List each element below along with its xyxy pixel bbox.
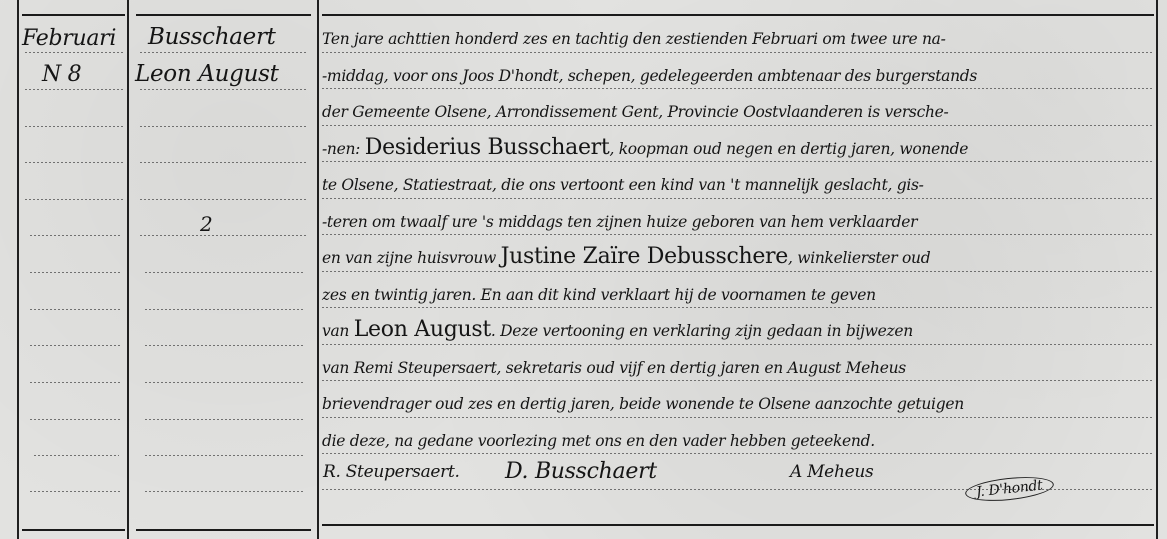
act-line: van Leon August. Deze vertooning en verk… — [322, 317, 913, 342]
top-rule-col1 — [22, 14, 125, 16]
act-line: zes en twintig jaren. En aan dit kind ve… — [322, 286, 876, 304]
signature-officer: J. D'hondt — [964, 473, 1054, 504]
act-line-name: Justine Zaïre Debusschere — [501, 244, 788, 269]
bottom-rule-text — [322, 524, 1154, 526]
top-rule-col2 — [136, 14, 311, 16]
act-line: Ten jare achttien honderd zes en tachtig… — [322, 30, 946, 48]
act-line: en van zijne huisvrouw Justine Zaïre Deb… — [322, 244, 930, 269]
signature-witness-1: R. Steupersaert. — [323, 462, 460, 482]
act-line-segment: -nen: — [322, 140, 365, 158]
act-line: van Remi Steupersaert, sekretaris oud vi… — [322, 359, 906, 377]
top-rule-text — [322, 14, 1154, 16]
act-line-segment: . Deze vertooning en verklaring zijn ged… — [491, 322, 913, 340]
act-line-segment: en van zijne huisvrouw — [322, 249, 501, 267]
act-line: -teren om twaalf ure 's middags ten zijn… — [322, 213, 917, 231]
act-line: -nen: Desiderius Busschaert, koopman oud… — [322, 135, 968, 160]
signature-witness-2: A Meheus — [790, 462, 873, 482]
act-line-segment: , winkelierster oud — [788, 249, 930, 267]
column-rule-left — [17, 0, 19, 539]
register-page: Februari N 8 Busschaert Leon August 2 Te… — [0, 0, 1167, 539]
act-line-segment: van — [322, 322, 354, 340]
child-surname: Busschaert — [148, 24, 276, 50]
act-line: te Olsene, Statiestraat, die ons vertoon… — [322, 176, 924, 194]
entry-number: N 8 — [42, 62, 81, 87]
act-line-name: Desiderius Busschaert — [365, 135, 610, 160]
column-rule-text — [317, 0, 319, 539]
next-entry-cutoff — [0, 528, 1167, 539]
signature-father: D. Busschaert — [505, 459, 657, 484]
entry-month: Februari — [22, 26, 116, 51]
margin-note: 2 — [200, 212, 212, 236]
act-line-segment: , koopman oud negen en dertig jaren, won… — [609, 140, 968, 158]
column-rule-right — [1156, 0, 1158, 539]
child-given-names: Leon August — [135, 61, 279, 87]
act-line: -middag, voor ons Joos D'hondt, schepen,… — [322, 67, 977, 85]
act-line: der Gemeente Olsene, Arrondissement Gent… — [322, 103, 948, 121]
act-line-name: Leon August — [354, 317, 491, 342]
act-line: die deze, na gedane voorlezing met ons e… — [322, 432, 875, 450]
act-line: brievendrager oud zes en dertig jaren, b… — [322, 395, 964, 413]
column-rule-middle — [127, 0, 129, 539]
